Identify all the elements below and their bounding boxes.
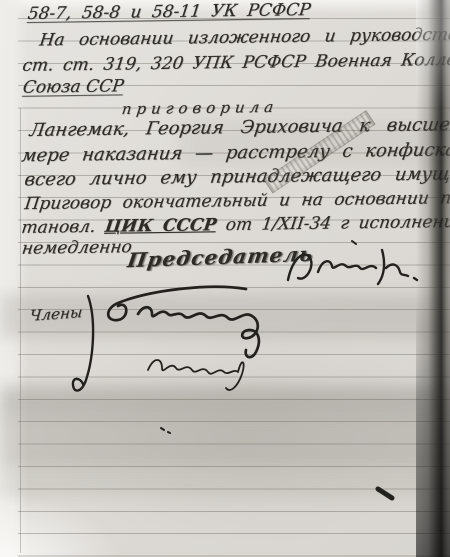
scan-smudge-band xyxy=(0,414,450,466)
scan-spine-shadow xyxy=(416,0,450,557)
article-codes-line: 58-7, 58-8 и 58-11 УК РСФСР xyxy=(26,0,312,25)
handwritten-line: Союза ССР xyxy=(22,75,125,98)
underlined-fragment: ЦИК СССР xyxy=(104,215,218,237)
handwritten-line: немедленно xyxy=(21,236,134,260)
scanned-document-page: 58-7, 58-8 и 58-11 УК РСФСР На основании… xyxy=(0,0,450,557)
scan-smudge-band xyxy=(0,466,450,496)
members-label: Члены xyxy=(29,301,84,327)
line-fragment: от 1/ХII-34 г исполнение приводится xyxy=(215,210,450,235)
line-fragment: тановл. xyxy=(20,217,106,238)
scan-smudge-band xyxy=(0,386,450,416)
